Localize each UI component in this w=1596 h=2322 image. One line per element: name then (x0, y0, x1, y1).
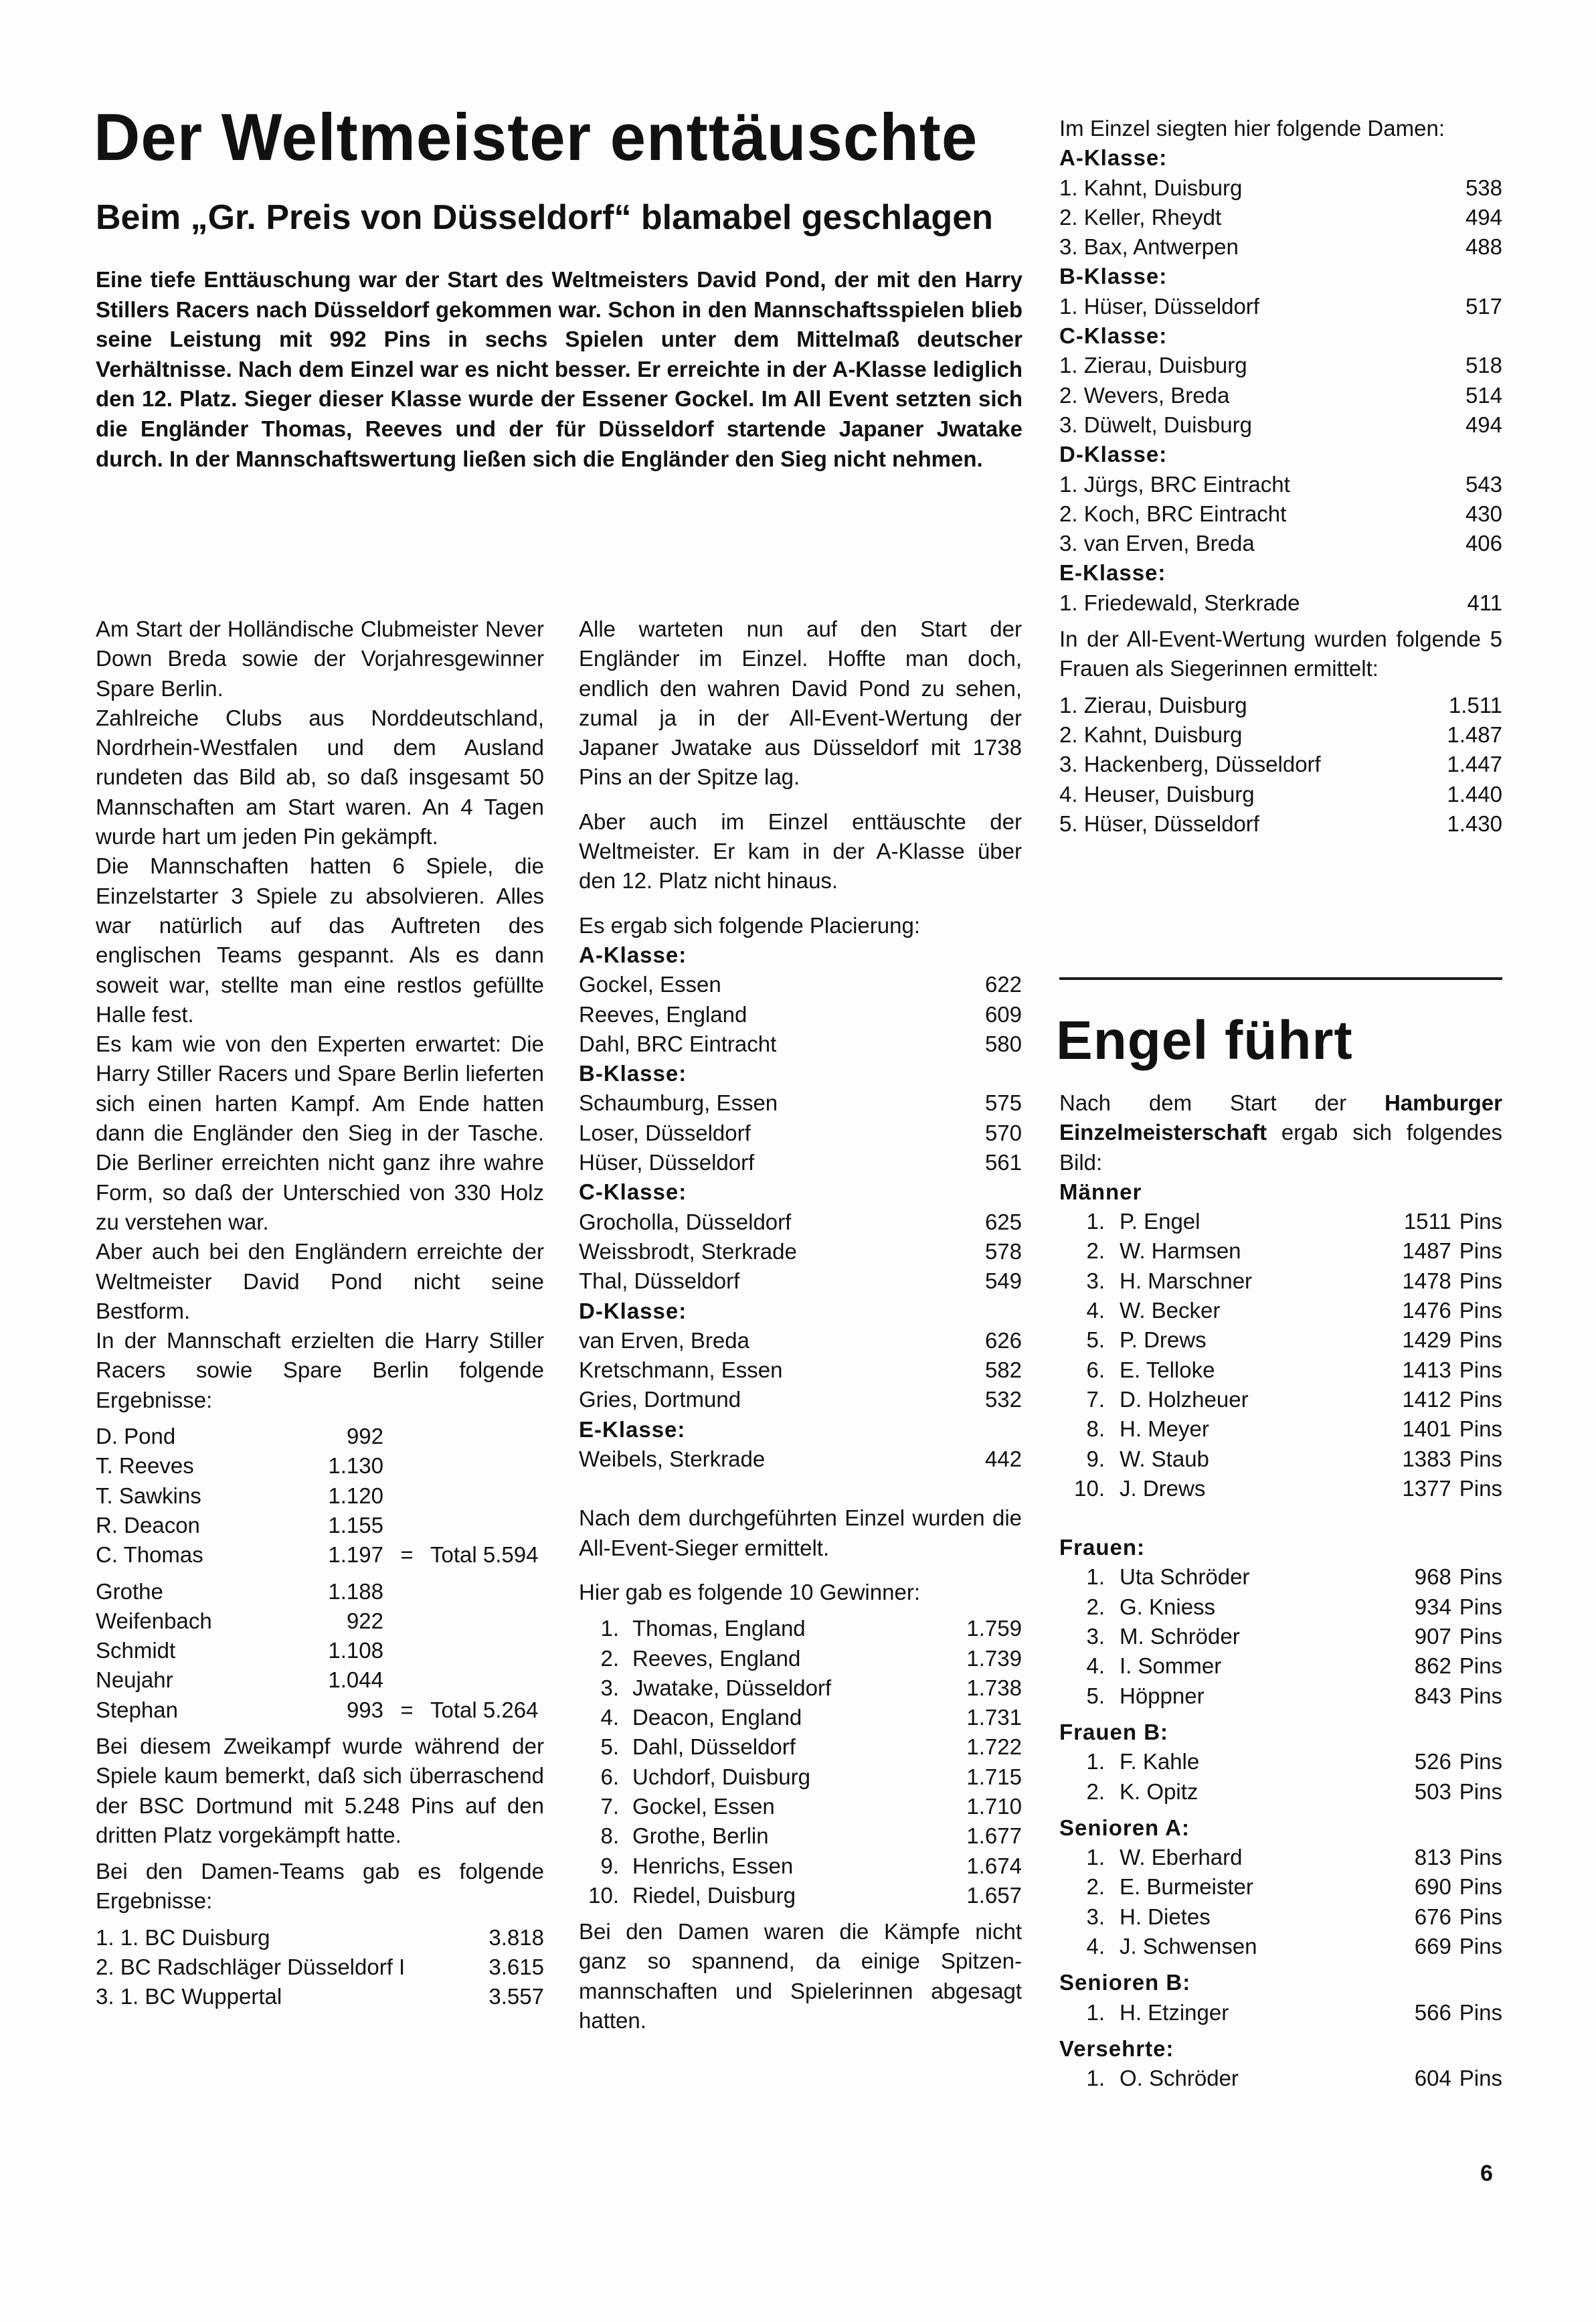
result-row: 1. Jürgs, BRC Eintracht543 (1059, 470, 1502, 499)
result-row: 3.H. Marschner1478Pins (1059, 1266, 1502, 1296)
result-row: 4. Heuser, Duisburg1.440 (1059, 780, 1502, 809)
result-row: Weissbrodt, Sterkrade578 (579, 1237, 1022, 1266)
result-row: Kretschmann, Essen582 (579, 1355, 1022, 1385)
result-row: 9.Henrichs, Essen1.674 (579, 1851, 1022, 1881)
result-row: 2. Kahnt, Duisburg1.487 (1059, 720, 1502, 750)
result-row: Gockel, Essen622 (579, 970, 1022, 999)
class-heading: B-Klasse: (1059, 262, 1502, 291)
result-row: 7.Gockel, Essen1.710 (579, 1792, 1022, 1821)
article-subheadline: Beim „Gr. Preis von Düsseldorf“ blamabel… (96, 195, 1026, 240)
result-row: 2. Keller, Rheydt494 (1059, 203, 1502, 232)
result-row: 1.H. Etzinger566Pins (1059, 1998, 1502, 2027)
team-result-row: D. Pond992 (96, 1422, 544, 1451)
article-separator-rule (1059, 977, 1502, 980)
body-paragraph: Bei den Damen waren die Kämpfe nicht gan… (579, 1917, 1022, 2036)
left-column: Am Start der Holländische Clubmeister Ne… (96, 614, 544, 2012)
result-row: 3.Jwatake, Düsseldorf1.738 (579, 1673, 1022, 1703)
class-heading: D-Klasse: (579, 1297, 1022, 1326)
result-row: 3. 1. BC Wuppertal3.557 (96, 1982, 544, 2011)
body-paragraph: Zahlreiche Clubs aus Norddeutschland, No… (96, 703, 544, 851)
team-result-row: Grothe1.188 (96, 1577, 544, 1606)
class-heading: D-Klasse: (1059, 440, 1502, 469)
team-results-harry-stiller-racers: D. Pond992 T. Reeves1.130 T. Sawkins1.12… (96, 1422, 544, 1570)
team-result-row: Weifenbach922 (96, 1606, 544, 1636)
article-headline: Der Weltmeister enttäuschte (94, 100, 999, 174)
body-paragraph: Im Einzel siegten hier folgende Damen: (1059, 114, 1502, 143)
result-row: 3. Bax, Antwerpen488 (1059, 232, 1502, 262)
result-row: 3. Düwelt, Duisburg494 (1059, 410, 1502, 440)
result-row: 1. Kahnt, Duisburg538 (1059, 173, 1502, 203)
article-lead-paragraph: Eine tiefe Enttäuschung war der Start de… (96, 265, 1023, 474)
result-row: 1.W. Eberhard813Pins (1059, 1843, 1502, 1872)
class-heading: E-Klasse: (579, 1415, 1022, 1444)
result-row: 3.H. Dietes676Pins (1059, 1902, 1502, 1932)
body-paragraph: In der Mannschaft erzielten die Harry St… (96, 1326, 544, 1415)
result-row: Thal, Düsseldorf549 (579, 1266, 1022, 1296)
article2-headline: Engel führt (1056, 1007, 1353, 1074)
result-row: 4.I. Sommer862Pins (1059, 1651, 1502, 1681)
damen-teams-results: 1. 1. BC Duisburg3.818 2. BC Radschläger… (96, 1923, 544, 2012)
result-row: 2.K. Opitz503Pins (1059, 1777, 1502, 1807)
result-row: 2.E. Burmeister690Pins (1059, 1872, 1502, 1902)
result-row: Dahl, BRC Eintracht580 (579, 1029, 1022, 1059)
result-row: 2.W. Harmsen1487Pins (1059, 1236, 1502, 1266)
team-result-row: C. Thomas1.197=Total 5.594 (96, 1540, 544, 1570)
class-heading: A-Klasse: (579, 940, 1022, 970)
right-column-damen: Im Einzel siegten hier folgende Damen: A… (1059, 114, 1502, 839)
body-paragraph: Die Mannschaften hatten 6 Spiele, die Ei… (96, 851, 544, 1029)
team-results-spare-berlin: Grothe1.188 Weifenbach922 Schmidt1.108 N… (96, 1577, 544, 1725)
result-row: 6.E. Telloke1413Pins (1059, 1355, 1502, 1385)
all-event-winners-list: 1.Thomas, England1.759 2.Reeves, England… (579, 1614, 1022, 1910)
result-row: 8.Grothe, Berlin1.677 (579, 1821, 1022, 1851)
result-row: 2. Wevers, Breda514 (1059, 381, 1502, 410)
result-row: Loser, Düsseldorf570 (579, 1118, 1022, 1148)
class-heading: C-Klasse: (1059, 321, 1502, 351)
group-heading-senioren-b: Senioren B: (1059, 1968, 1502, 1997)
team-result-row: Stephan993=Total 5.264 (96, 1695, 544, 1725)
result-row: 5.P. Drews1429Pins (1059, 1325, 1502, 1355)
team-result-row: Schmidt1.108 (96, 1636, 544, 1665)
body-paragraph: Nach dem durchgeführten Einzel wur­den d… (579, 1503, 1022, 1563)
middle-column: Alle warteten nun auf den Start der Engl… (579, 614, 1022, 2036)
result-row: 1.P. Engel1511Pins (1059, 1207, 1502, 1236)
team-result-row: Neujahr1.044 (96, 1665, 544, 1695)
result-row: 1. Zierau, Duisburg1.511 (1059, 691, 1502, 720)
article2-intro: Nach dem Start der Hamburger Einzelmeist… (1059, 1088, 1502, 1177)
group-heading-senioren-a: Senioren A: (1059, 1813, 1502, 1843)
result-row: 5.Dahl, Düsseldorf1.722 (579, 1732, 1022, 1762)
result-row: 10.Riedel, Duisburg1.657 (579, 1881, 1022, 1910)
body-paragraph: Es kam wie von den Experten erwartet: Di… (96, 1029, 544, 1237)
body-paragraph: Aber auch im Einzel enttäuschte der Welt… (579, 807, 1022, 896)
result-row: 6.Uchdorf, Duisburg1.715 (579, 1762, 1022, 1792)
result-row: 1. Zierau, Duisburg518 (1059, 351, 1502, 380)
result-row: 3.M. Schröder907Pins (1059, 1622, 1502, 1651)
result-row: 8.H. Meyer1401Pins (1059, 1414, 1502, 1444)
result-row: 10.J. Drews1377Pins (1059, 1474, 1502, 1503)
result-row: 1.Thomas, England1.759 (579, 1614, 1022, 1643)
result-row: Weibels, Sterkrade442 (579, 1444, 1022, 1474)
class-heading: E-Klasse: (1059, 558, 1502, 588)
body-paragraph: Alle warteten nun auf den Start der Engl… (579, 614, 1022, 793)
result-row: 1.O. Schröder604Pins (1059, 2064, 1502, 2093)
placierung-list: A-Klasse: Gockel, Essen622 Reeves, Engla… (579, 940, 1022, 1474)
result-row: Hüser, Düsseldorf561 (579, 1148, 1022, 1177)
result-row: 2. BC Radschläger Düsseldorf I3.615 (96, 1953, 544, 1982)
result-row: 5.Höppner843Pins (1059, 1681, 1502, 1711)
result-row: 4.Deacon, England1.731 (579, 1703, 1022, 1732)
article2-body: Nach dem Start der Hamburger Einzelmeist… (1059, 1088, 1502, 2094)
group-heading-frauen: Frauen: (1059, 1533, 1502, 1562)
body-paragraph: In der All-Event-Wertung wurden fol­gend… (1059, 625, 1502, 684)
group-heading-maenner: Männer (1059, 1177, 1502, 1207)
result-row: 3. Hackenberg, Düsseldorf1.447 (1059, 750, 1502, 779)
result-row: Grocholla, Düsseldorf625 (579, 1208, 1022, 1237)
result-row: 1.F. Kahle526Pins (1059, 1747, 1502, 1776)
body-paragraph: Am Start der Holländische Clubmeister Ne… (96, 614, 544, 703)
result-row: 2. Koch, BRC Eintracht430 (1059, 499, 1502, 529)
group-heading-versehrte: Versehrte: (1059, 2034, 1502, 2064)
class-heading: C-Klasse: (579, 1177, 1022, 1207)
class-heading: B-Klasse: (579, 1059, 1022, 1088)
result-row: 7.D. Holzheuer1412Pins (1059, 1385, 1502, 1414)
result-row: 3. van Erven, Breda406 (1059, 529, 1502, 558)
result-row: 5. Hüser, Düsseldorf1.430 (1059, 809, 1502, 839)
result-row: Reeves, England609 (579, 1000, 1022, 1029)
result-row: van Erven, Breda626 (579, 1326, 1022, 1355)
team-result-row: T. Reeves1.130 (96, 1451, 544, 1481)
class-heading: A-Klasse: (1059, 143, 1502, 173)
group-heading-frauen-b: Frauen B: (1059, 1718, 1502, 1747)
team-result-row: T. Sawkins1.120 (96, 1481, 544, 1511)
team-result-row: R. Deacon1.155 (96, 1511, 544, 1540)
body-paragraph: Bei den Damen-Teams gab es folgende Erge… (96, 1857, 544, 1916)
result-row: 2.Reeves, England1.739 (579, 1644, 1022, 1673)
result-row: 4.J. Schwensen669Pins (1059, 1932, 1502, 1961)
result-row: 1. 1. BC Duisburg3.818 (96, 1923, 544, 1953)
result-row: 2.G. Kniess934Pins (1059, 1592, 1502, 1622)
result-row: 1. Friedewald, Sterkrade411 (1059, 588, 1502, 618)
body-paragraph: Aber auch bei den Engländern er­reichte … (96, 1237, 544, 1326)
result-row: 4.W. Becker1476Pins (1059, 1296, 1502, 1325)
result-row: 1.Uta Schröder968Pins (1059, 1562, 1502, 1592)
body-paragraph: Bei diesem Zweikampf wurde während der S… (96, 1732, 544, 1850)
result-row: Schaumburg, Essen575 (579, 1088, 1022, 1118)
body-paragraph: Es ergab sich folgende Placierung: (579, 911, 1022, 940)
body-paragraph: Hier gab es folgende 10 Gewinner: (579, 1578, 1022, 1607)
result-row: Gries, Dortmund532 (579, 1385, 1022, 1414)
result-row: 9.W. Staub1383Pins (1059, 1444, 1502, 1474)
page-number: 6 (1480, 2161, 1493, 2187)
result-row: 1. Hüser, Düsseldorf517 (1059, 292, 1502, 321)
